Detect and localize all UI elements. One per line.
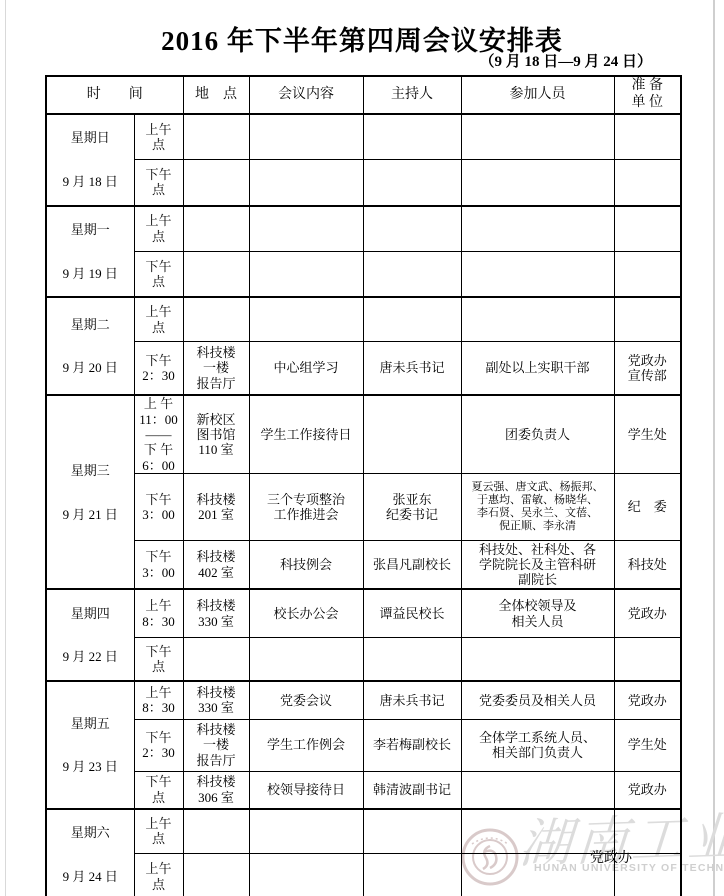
table-row: 下午 点 科技楼 306 室 校领导接待日 韩清波副书记 党政办 — [46, 771, 681, 809]
meeting-content-cell — [249, 114, 363, 160]
location-cell: 新校区 图书馆 110 室 — [183, 395, 249, 473]
date-range-subtitle: （9 月 18 日—9 月 24 日） — [0, 50, 652, 71]
time-cell: 下午 2：30 — [134, 719, 183, 771]
location-cell: 科技楼 306 室 — [183, 771, 249, 809]
footer-prep-unit: 党政办 — [590, 847, 632, 867]
header-time: 时 间 — [46, 76, 183, 114]
table-row: 下午 3：00 科技楼 201 室 三个专项整治 工作推进会 张亚东 纪委书记 … — [46, 473, 681, 540]
header-content: 会议内容 — [249, 76, 363, 114]
table-row: 星期一 9 月 19 日 上午 点 — [46, 206, 681, 252]
host-cell — [363, 297, 461, 341]
table-row: 下午 点 — [46, 160, 681, 206]
day-date: 9 月 22 日 — [49, 649, 132, 664]
time-cell: 下午 2：30 — [134, 341, 183, 395]
document-page: { "title": "2016 年下半年第四周会议安排表", "subtitl… — [0, 0, 724, 896]
meeting-content-cell — [249, 251, 363, 297]
prep-unit-cell: 纪 委 — [614, 473, 681, 540]
participants-cell: 副处以上实职干部 — [461, 341, 614, 395]
day-date: 9 月 23 日 — [49, 759, 132, 774]
table-row: 下午 点 — [46, 251, 681, 297]
participants-cell — [461, 251, 614, 297]
day-cell: 星期四 9 月 22 日 — [46, 589, 134, 681]
host-cell — [363, 160, 461, 206]
meeting-content-cell — [249, 809, 363, 853]
time-cell: 上午 点 — [134, 206, 183, 252]
location-cell — [183, 251, 249, 297]
day-name: 星期六 — [49, 825, 132, 840]
meeting-content-cell — [249, 206, 363, 252]
host-cell — [363, 114, 461, 160]
location-cell — [183, 114, 249, 160]
meeting-content-cell: 三个专项整治 工作推进会 — [249, 473, 363, 540]
host-cell — [363, 251, 461, 297]
day-cell: 星期三 9 月 21 日 — [46, 395, 134, 589]
host-cell — [363, 638, 461, 682]
time-cell: 下午 点 — [134, 638, 183, 682]
time-cell: 上午 点 — [134, 297, 183, 341]
meeting-content-cell — [249, 638, 363, 682]
time-cell: 上午 8：30 — [134, 681, 183, 719]
participants-cell — [461, 206, 614, 252]
prep-unit-cell — [614, 114, 681, 160]
table-row: 上午 点 — [46, 853, 681, 896]
day-date: 9 月 24 日 — [49, 869, 132, 884]
day-name: 星期二 — [49, 317, 132, 332]
participants-cell: 团委负责人 — [461, 395, 614, 473]
prep-unit-cell: 党政办 宣传部 — [614, 341, 681, 395]
meeting-content-cell — [249, 853, 363, 896]
day-name: 星期一 — [49, 222, 132, 237]
time-cell: 上午 点 — [134, 853, 183, 896]
host-cell — [363, 809, 461, 853]
location-cell — [183, 638, 249, 682]
location-cell: 科技楼 330 室 — [183, 681, 249, 719]
day-date: 9 月 19 日 — [49, 266, 132, 281]
location-cell — [183, 160, 249, 206]
time-cell: 下午 3：00 — [134, 473, 183, 540]
meeting-content-cell: 学生工作接待日 — [249, 395, 363, 473]
participants-cell — [461, 114, 614, 160]
host-cell: 张昌凡副校长 — [363, 540, 461, 589]
host-cell — [363, 395, 461, 473]
prep-unit-cell — [614, 297, 681, 341]
prep-unit-cell — [614, 638, 681, 682]
host-cell: 张亚东 纪委书记 — [363, 473, 461, 540]
header-location: 地 点 — [183, 76, 249, 114]
time-cell: 上午 点 — [134, 114, 183, 160]
day-cell: 星期日 9 月 18 日 — [46, 114, 134, 206]
day-name: 星期四 — [49, 606, 132, 621]
prep-unit-cell: 党政办 — [614, 681, 681, 719]
location-cell: 科技楼 201 室 — [183, 473, 249, 540]
day-date: 9 月 20 日 — [49, 360, 132, 375]
participants-cell — [461, 771, 614, 809]
day-cell: 星期一 9 月 19 日 — [46, 206, 134, 298]
participants-cell — [461, 160, 614, 206]
time-cell: 上午 点 — [134, 809, 183, 853]
time-cell: 上午 8：30 — [134, 589, 183, 637]
location-cell — [183, 297, 249, 341]
day-cell: 星期二 9 月 20 日 — [46, 297, 134, 395]
table-row: 星期四 9 月 22 日 上午 8：30 科技楼 330 室 校长办公会 谭益民… — [46, 589, 681, 637]
location-cell: 科技楼 一楼 报告厅 — [183, 341, 249, 395]
prep-unit-cell — [614, 251, 681, 297]
host-cell: 唐未兵书记 — [363, 681, 461, 719]
participants-cell — [461, 297, 614, 341]
prep-unit-cell — [614, 206, 681, 252]
time-cell: 上 午 11：00 —— 下 午 6：00 — [134, 395, 183, 473]
table-row: 下午 3：00 科技楼 402 室 科技例会 张昌凡副校长 科技处、社科处、各 … — [46, 540, 681, 589]
meeting-schedule-table: 时 间 地 点 会议内容 主持人 参加人员 准 备 单 位 星期日 9 月 18… — [45, 75, 682, 896]
day-date: 9 月 18 日 — [49, 174, 132, 189]
table-row: 下午 2：30 科技楼 一楼 报告厅 中心组学习 唐未兵书记 副处以上实职干部 … — [46, 341, 681, 395]
day-date: 9 月 21 日 — [49, 507, 132, 522]
prep-unit-cell: 学生处 — [614, 719, 681, 771]
meeting-content-cell — [249, 297, 363, 341]
day-cell: 星期六 9 月 24 日 — [46, 809, 134, 896]
header-prep-unit: 准 备 单 位 — [614, 76, 681, 114]
table-row: 星期六 9 月 24 日 上午 点 — [46, 809, 681, 853]
host-cell — [363, 853, 461, 896]
host-cell: 韩清波副书记 — [363, 771, 461, 809]
location-cell: 科技楼 一楼 报告厅 — [183, 719, 249, 771]
host-cell: 唐未兵书记 — [363, 341, 461, 395]
meeting-content-cell: 校长办公会 — [249, 589, 363, 637]
meeting-content-cell — [249, 160, 363, 206]
host-cell: 李若梅副校长 — [363, 719, 461, 771]
participants-cell: 党委委员及相关人员 — [461, 681, 614, 719]
meeting-content-cell: 科技例会 — [249, 540, 363, 589]
participants-cell: 全体学工系统人员、 相关部门负责人 — [461, 719, 614, 771]
day-name: 星期日 — [49, 130, 132, 145]
prep-unit-cell — [614, 160, 681, 206]
time-cell: 下午 点 — [134, 251, 183, 297]
location-cell: 科技楼 402 室 — [183, 540, 249, 589]
host-cell: 谭益民校长 — [363, 589, 461, 637]
location-cell — [183, 206, 249, 252]
page-edge-right — [713, 0, 715, 896]
meeting-content-cell: 党委会议 — [249, 681, 363, 719]
participants-cell — [461, 638, 614, 682]
day-name: 星期三 — [49, 463, 132, 478]
page-edge-left — [5, 0, 6, 896]
host-cell — [363, 206, 461, 252]
location-cell — [183, 853, 249, 896]
location-cell — [183, 809, 249, 853]
table-row: 下午 点 — [46, 638, 681, 682]
meeting-content-cell: 中心组学习 — [249, 341, 363, 395]
meeting-content-cell: 校领导接待日 — [249, 771, 363, 809]
time-cell: 下午 点 — [134, 771, 183, 809]
participants-cell: 全体校领导及 相关人员 — [461, 589, 614, 637]
prep-unit-cell: 党政办 — [614, 589, 681, 637]
table-row: 星期五 9 月 23 日 上午 8：30 科技楼 330 室 党委会议 唐未兵书… — [46, 681, 681, 719]
prep-unit-cell: 学生处 — [614, 395, 681, 473]
prep-unit-cell: 科技处 — [614, 540, 681, 589]
participants-cell: 夏云强、唐文武、杨振邦、 于惠均、雷敏、杨晓华、 李石贤、吴永兰、文蓓、 倪正顺… — [461, 473, 614, 540]
prep-unit-cell: 党政办 — [614, 771, 681, 809]
time-cell: 下午 3：00 — [134, 540, 183, 589]
location-cell: 科技楼 330 室 — [183, 589, 249, 637]
participants-cell: 科技处、社科处、各 学院院长及主管科研 副院长 — [461, 540, 614, 589]
day-name: 星期五 — [49, 716, 132, 731]
header-participants: 参加人员 — [461, 76, 614, 114]
table-row: 星期三 9 月 21 日 上 午 11：00 —— 下 午 6：00 新校区 图… — [46, 395, 681, 473]
header-host: 主持人 — [363, 76, 461, 114]
meeting-content-cell: 学生工作例会 — [249, 719, 363, 771]
header-row: 时 间 地 点 会议内容 主持人 参加人员 准 备 单 位 — [46, 76, 681, 114]
table-row: 下午 2：30 科技楼 一楼 报告厅 学生工作例会 李若梅副校长 全体学工系统人… — [46, 719, 681, 771]
table-row: 星期日 9 月 18 日 上午 点 — [46, 114, 681, 160]
day-cell: 星期五 9 月 23 日 — [46, 681, 134, 809]
time-cell: 下午 点 — [134, 160, 183, 206]
table-row: 星期二 9 月 20 日 上午 点 — [46, 297, 681, 341]
